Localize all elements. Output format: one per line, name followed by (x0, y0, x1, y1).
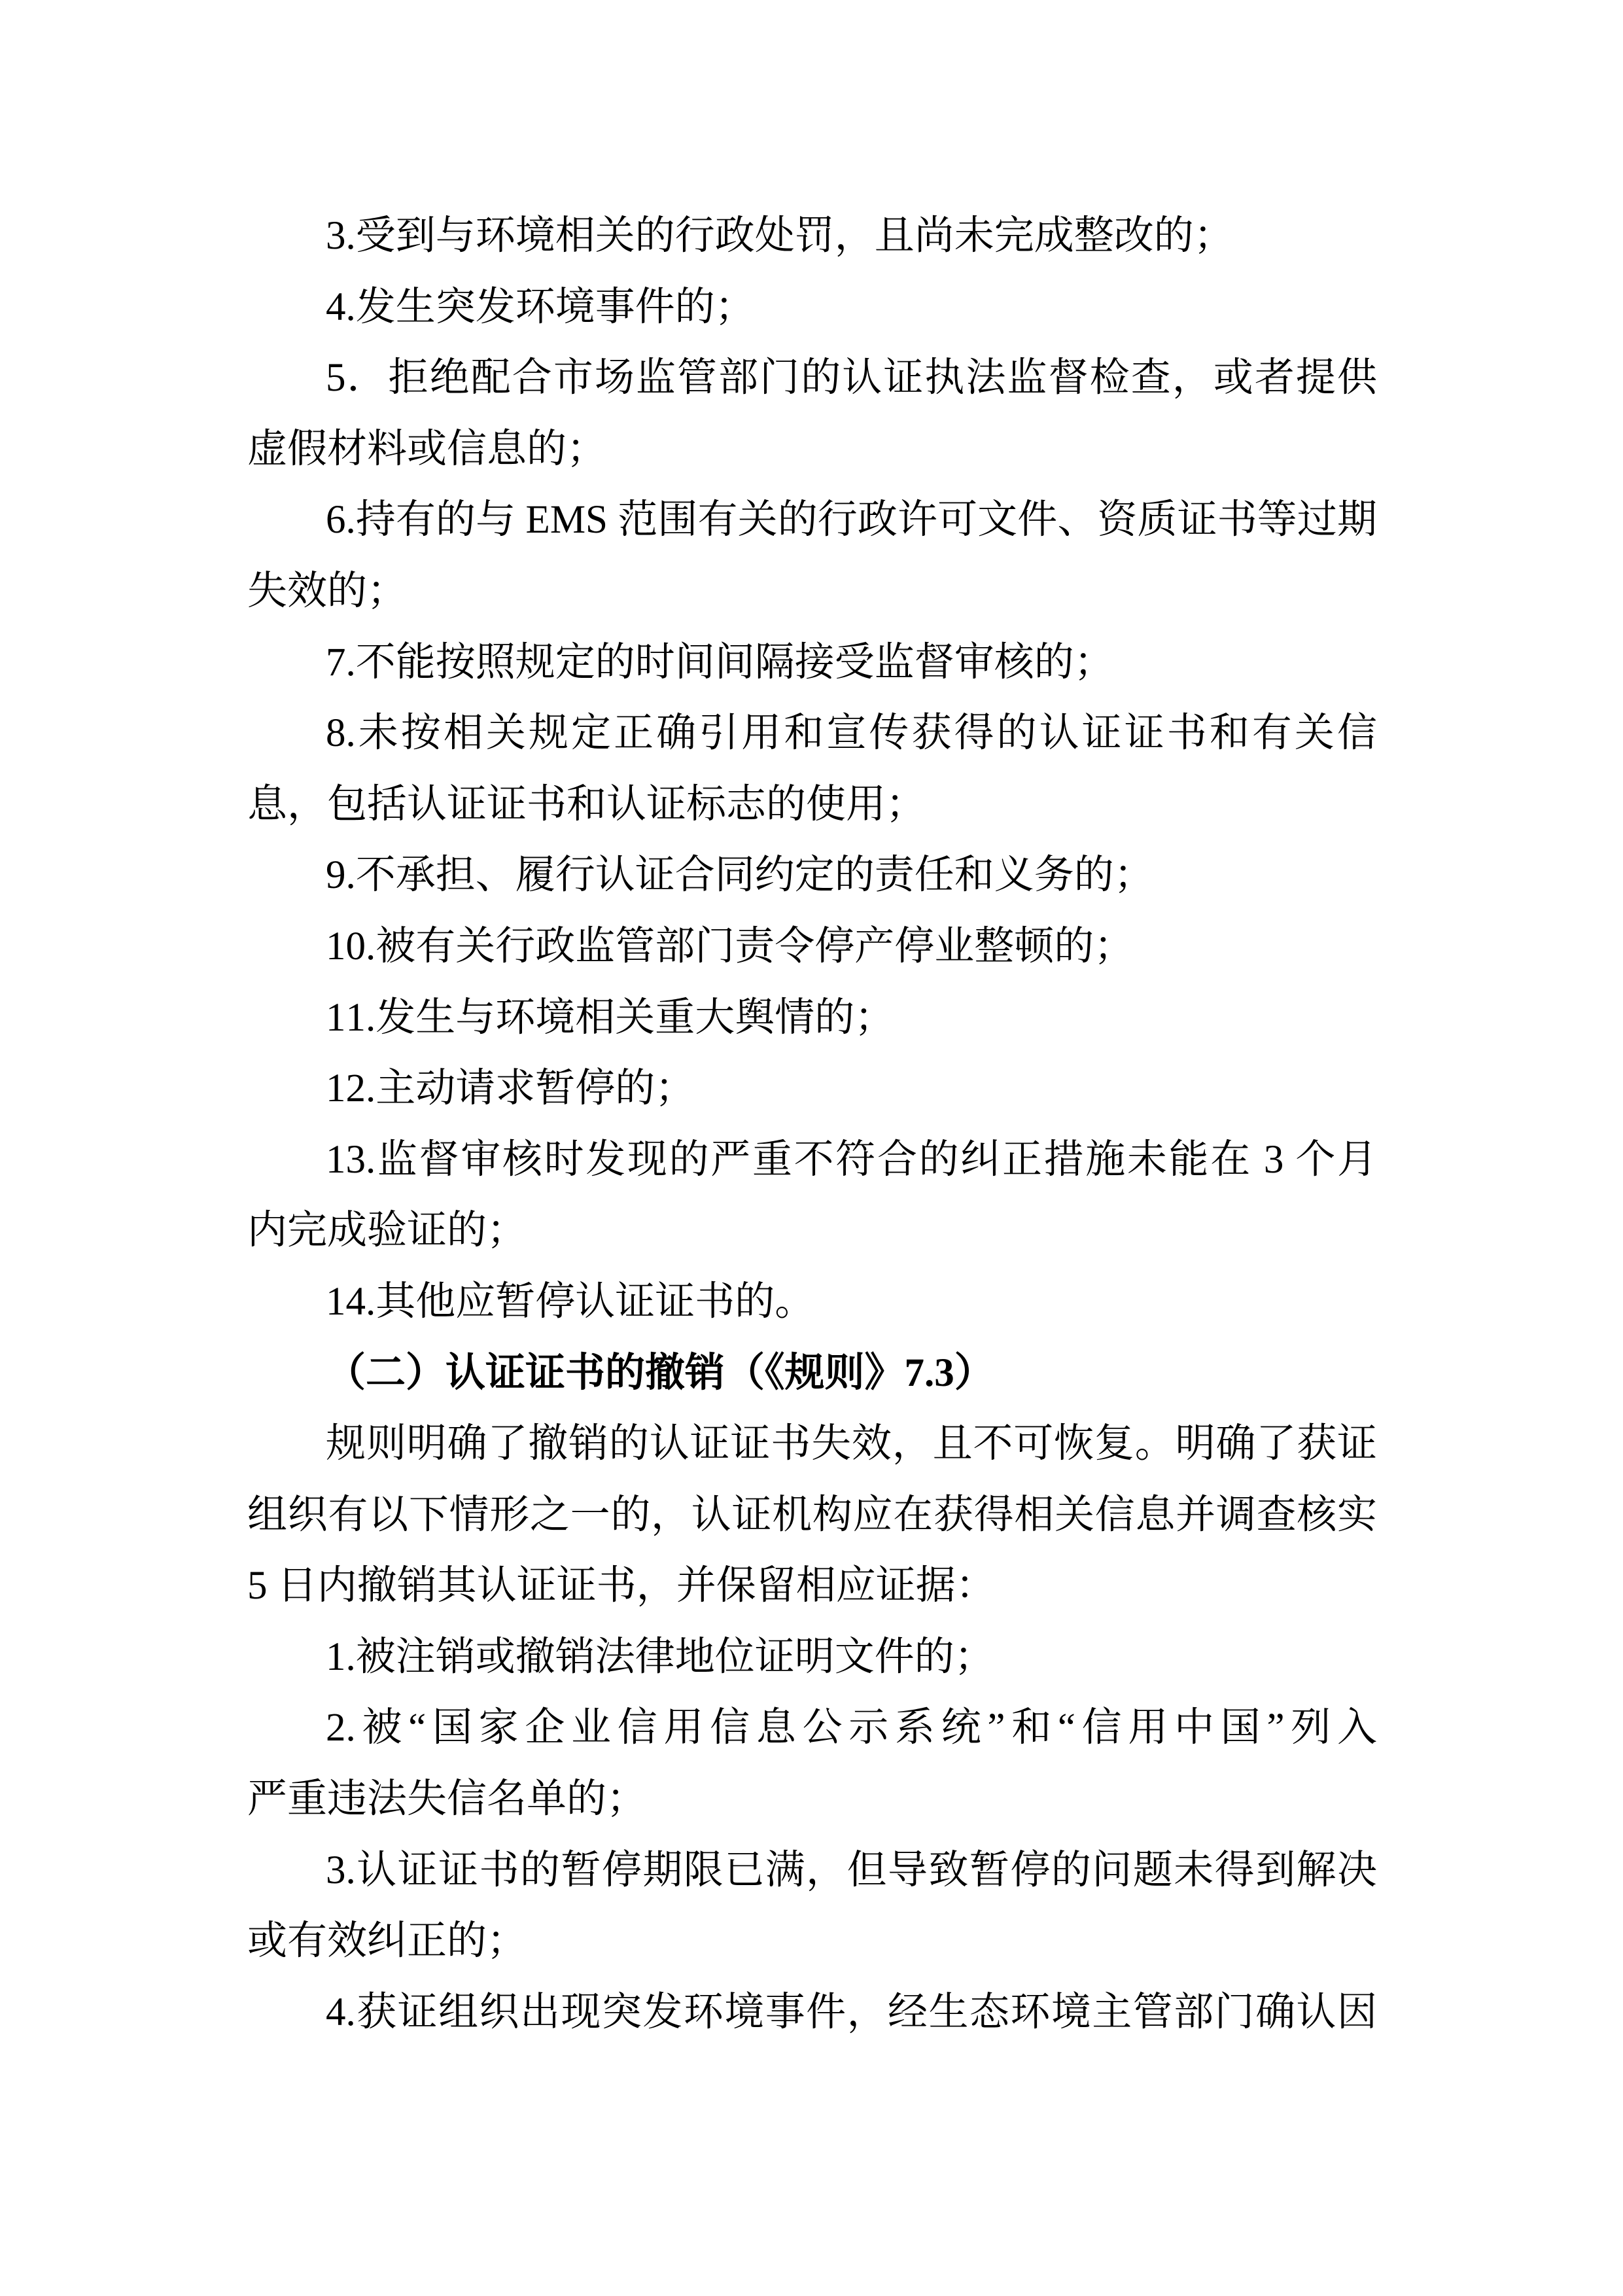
text-line: 或有效纠正的； (247, 1906, 1377, 1977)
section-heading: （二）认证证书的撤销（《规则》7.3） (247, 1338, 1377, 1409)
text-line: 5 日内撤销其认证证书，并保留相应证据： (247, 1551, 1377, 1622)
text-line: 11.发生与环境相关重大舆情的； (247, 983, 1377, 1054)
text-line: 7.不能按照规定的时间间隔接受监督审核的； (247, 627, 1377, 699)
document-text-block: 3.受到与环境相关的行政处罚，且尚未完成整改的； 4.发生突发环境事件的； 5．… (247, 201, 1377, 2048)
text-line: 5．拒绝配合市场监管部门的认证执法监督检查，或者提供 (247, 343, 1377, 414)
text-line: 3.认证证书的暂停期限已满，但导致暂停的问题未得到解决 (247, 1835, 1377, 1907)
text-line: 12.主动请求暂停的； (247, 1053, 1377, 1125)
text-line: 6.持有的与 EMS 范围有关的行政许可文件、资质证书等过期 (247, 485, 1377, 556)
text-line: 14.其他应暂停认证证书的。 (247, 1267, 1377, 1338)
text-line: 4.发生突发环境事件的； (247, 272, 1377, 344)
text-line: 4.获证组织出现突发环境事件，经生态环境主管部门确认因 (247, 1977, 1377, 2049)
text-line: 2.被“国家企业信用信息公示系统”和“信用中国”列入 (247, 1693, 1377, 1764)
text-line: 3.受到与环境相关的行政处罚，且尚未完成整改的； (247, 201, 1377, 272)
text-line: 13.监督审核时发现的严重不符合的纠正措施未能在 3 个月 (247, 1125, 1377, 1196)
text-line: 8.未按相关规定正确引用和宣传获得的认证证书和有关信 (247, 698, 1377, 769)
document-page: 3.受到与环境相关的行政处罚，且尚未完成整改的； 4.发生突发环境事件的； 5．… (0, 0, 1623, 2296)
text-line: 组织有以下情形之一的，认证机构应在获得相关信息并调查核实 (247, 1480, 1377, 1551)
text-line: 9.不承担、履行认证合同约定的责任和义务的； (247, 840, 1377, 911)
text-line: 规则明确了撤销的认证证书失效，且不可恢复。明确了获证 (247, 1409, 1377, 1480)
text-line: 10.被有关行政监管部门责令停产停业整顿的； (247, 911, 1377, 983)
text-line: 严重违法失信名单的； (247, 1764, 1377, 1835)
text-line: 内完成验证的； (247, 1195, 1377, 1267)
text-line: 失效的； (247, 556, 1377, 627)
text-line: 1.被注销或撤销法律地位证明文件的； (247, 1622, 1377, 1693)
text-line: 息，包括认证证书和认证标志的使用； (247, 769, 1377, 841)
text-line: 虚假材料或信息的； (247, 414, 1377, 486)
